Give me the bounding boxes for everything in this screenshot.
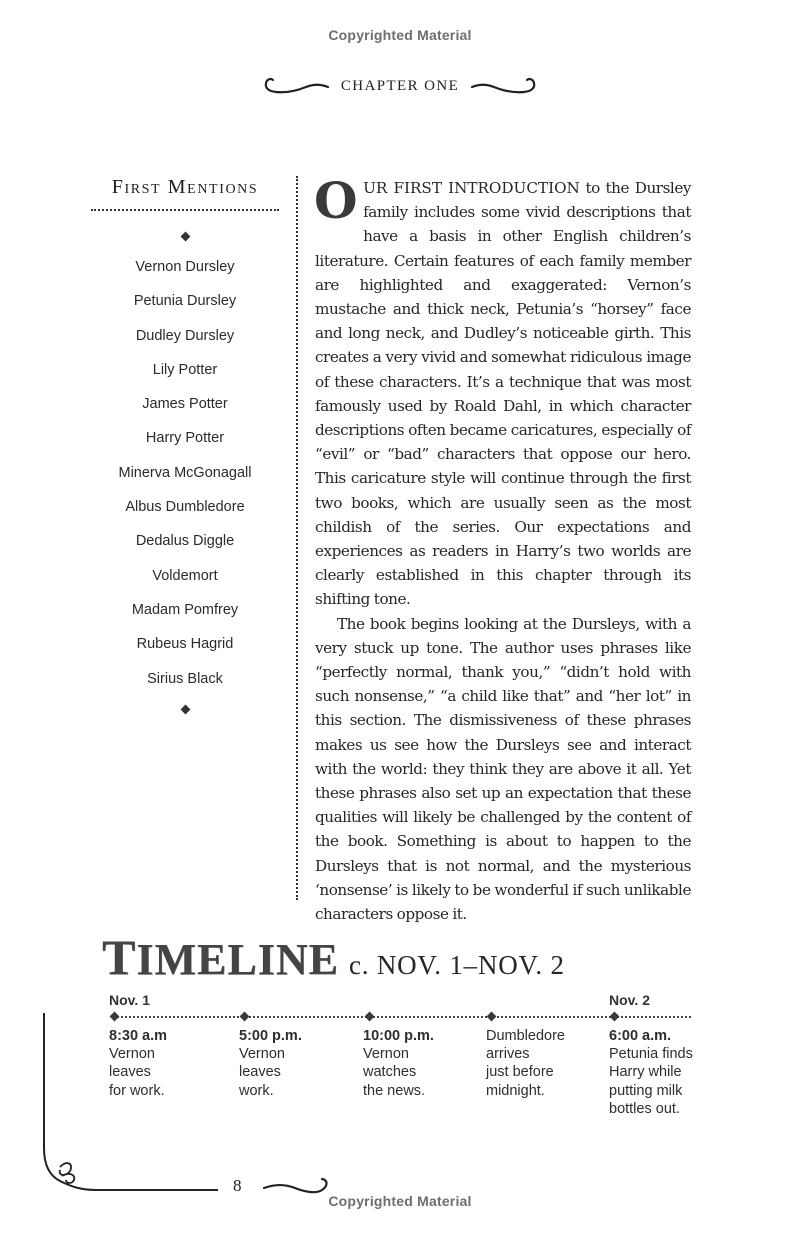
page-frame-ornament-icon [0, 0, 800, 1236]
copyright-watermark-bottom: Copyrighted Material [0, 1193, 800, 1209]
